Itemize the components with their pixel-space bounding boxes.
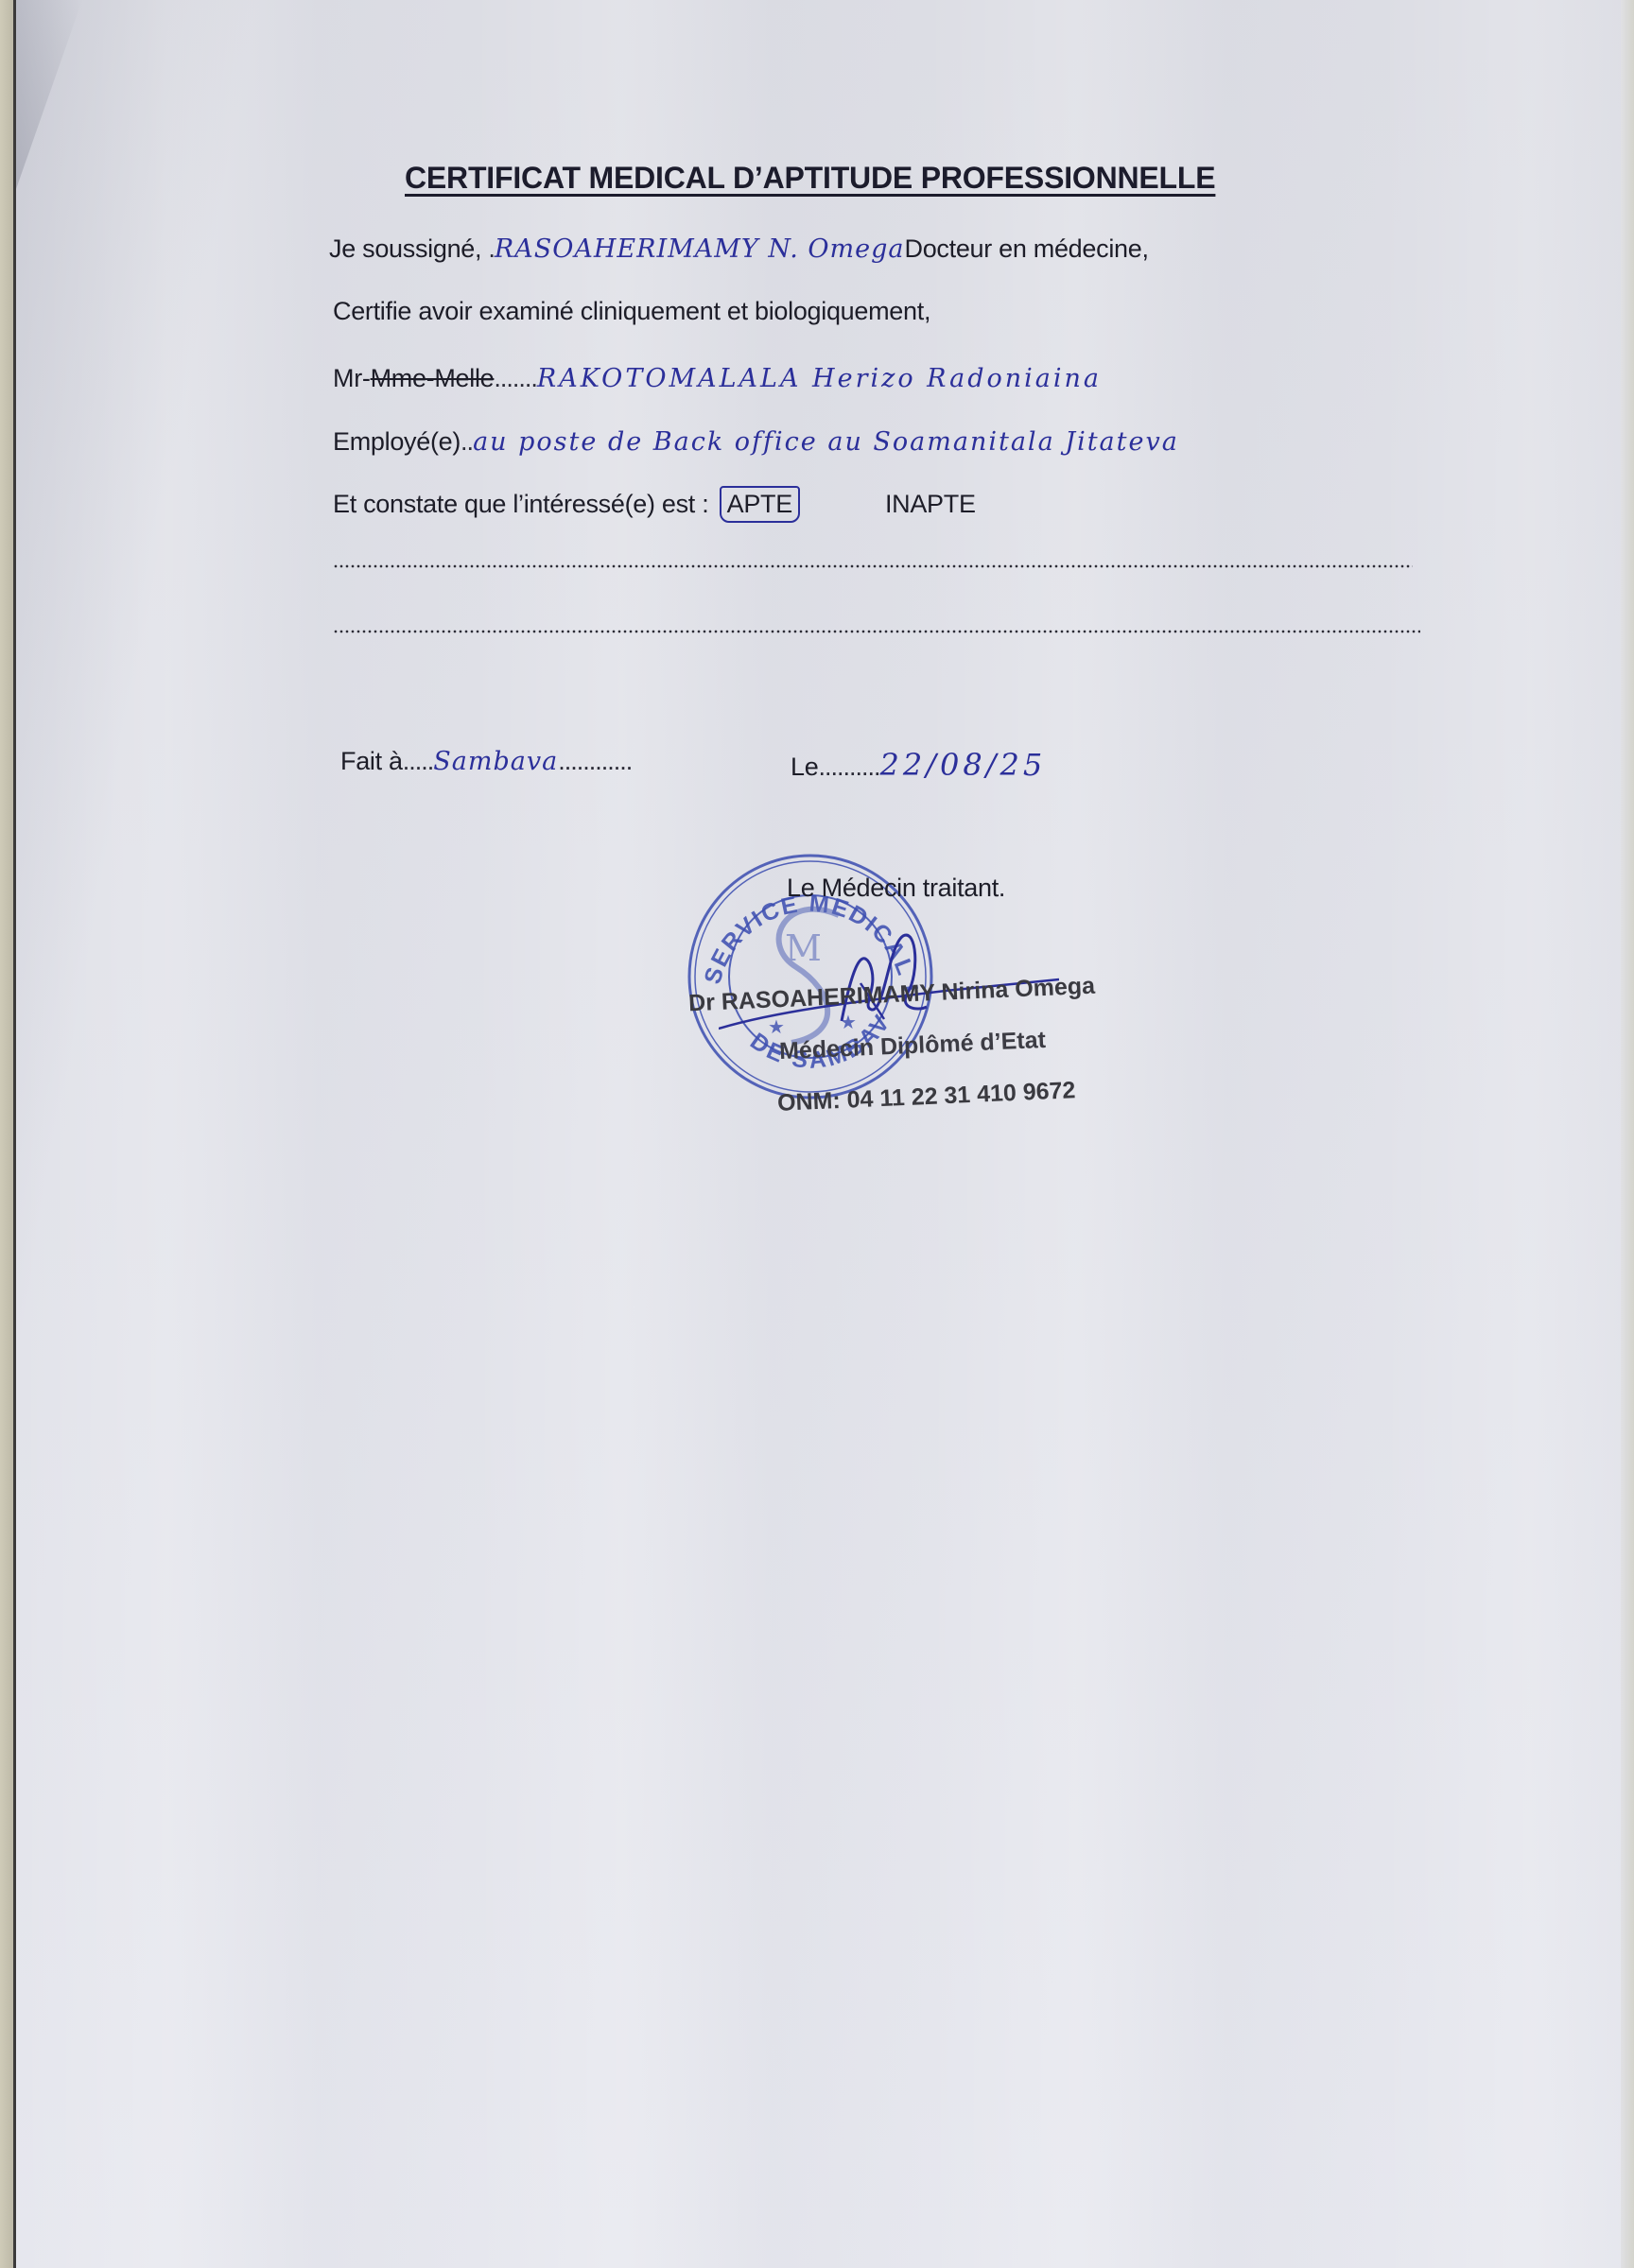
certificate-title: CERTIFICAT MEDICAL D’APTITUDE PROFESSION… — [405, 161, 1215, 196]
date-field: Le..........22/08/25 — [791, 747, 1046, 783]
employment-line: Employé(e)..au poste de Back office au S… — [333, 427, 1179, 457]
aptitude-line: Et constate que l’intéressé(e) est : APT… — [333, 486, 976, 523]
handwritten-place: Sambava — [433, 747, 558, 776]
employment-prefix: Employé(e) — [333, 427, 461, 456]
option-apte-selected: APTE — [720, 486, 800, 523]
handwritten-doctor-name: RASOAHERIMAMY N. Omega — [495, 234, 905, 264]
doctor-declaration-line: Je soussigné, .RASOAHERIMAMY N. OmegaDoc… — [329, 234, 1149, 264]
certificate-document: CERTIFICAT MEDICAL D’APTITUDE PROFESSION… — [0, 0, 1634, 2268]
certification-line: Certifie avoir examiné cliniquement et b… — [333, 297, 930, 326]
blank-dotted-line-1 — [333, 564, 1413, 568]
signatory-caption: Le Médecin traitant. — [787, 874, 1005, 903]
title-mr: Mr- — [333, 364, 371, 392]
handwritten-date: 22/08/25 — [879, 747, 1046, 783]
title-struck: Mme-Melle — [371, 364, 495, 392]
option-inapte: INAPTE — [885, 490, 976, 518]
declaration-prefix: Je soussigné, — [329, 234, 488, 263]
aptitude-prefix: Et constate que l’intéressé(e) est : — [333, 490, 716, 518]
blank-dotted-line-2 — [333, 630, 1420, 633]
declaration-suffix: Docteur en médecine, — [905, 234, 1149, 263]
date-label: Le — [791, 753, 818, 781]
patient-line: Mr-Mme-Melle.......RAKOTOMALALA Herizo R… — [333, 364, 1102, 393]
handwritten-position: au poste de Back office au Soamanitala J… — [473, 427, 1179, 457]
place-label: Fait à — [340, 747, 403, 775]
handwritten-patient-name: RAKOTOMALALA Herizo Radoniaina — [537, 364, 1102, 393]
place-field: Fait à.....Sambava............ — [340, 747, 632, 776]
